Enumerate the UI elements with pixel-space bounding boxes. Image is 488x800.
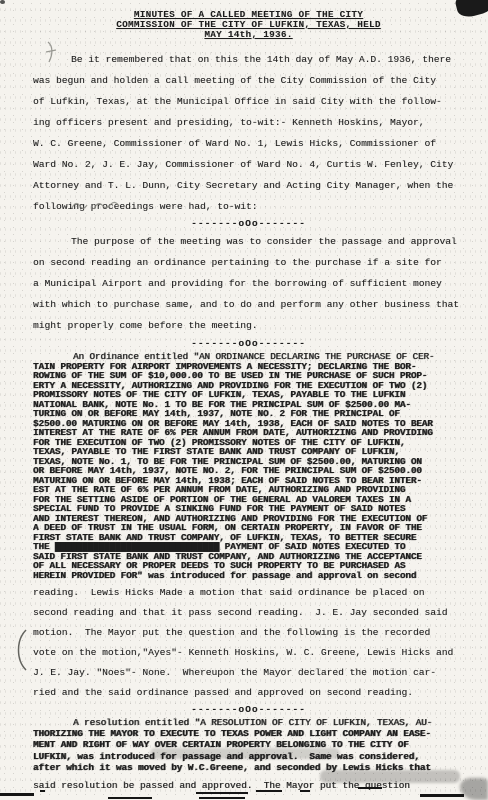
text-line: Be it remembered that on this the 14th d… — [33, 49, 464, 70]
text-line: TEXAS, NOTE No. 1, TO BE FOR THE PRINCIP… — [33, 457, 464, 467]
scan-artifact-line — [108, 797, 152, 799]
text-line: ROWING OF THE SUM OF $10,000.00 TO BE US… — [33, 371, 464, 381]
text-line: might properly come before the meeting. — [33, 315, 464, 336]
pencil-mark-icon — [44, 40, 64, 64]
text-line: An Ordinance entitled "AN ORDINANCE DECL… — [33, 352, 464, 362]
scan-corner-smudge — [460, 778, 488, 800]
ink-dot-icon — [0, 0, 5, 4]
text-line: THORIZING THE MAYOR TO EXECUTE TO TEXAS … — [33, 728, 464, 739]
text-line: second reading and that it pass second r… — [33, 603, 464, 623]
text-line: on second reading an ordinance pertainin… — [33, 252, 464, 273]
text-line: SPECIAL FUND TO PROVIDE A SINKING FUND F… — [33, 504, 464, 514]
text-line: INTEREST AT THE RATE OF 6% PER ANNUM FRO… — [33, 428, 464, 438]
text-line: TAIN PROPERTY FOR AIRPORT IMPROVEMENTS A… — [33, 362, 464, 372]
scan-artifact-line — [199, 797, 245, 799]
text-line: AND INTEREST THEREON, AND AUTHORIZING AN… — [33, 514, 464, 524]
text-line: $2500.00 MATURING ON OR BEFORE MAY 14th,… — [33, 419, 464, 429]
text-line: TURING ON OR BEFORE MAY 14th, 1937, NOTE… — [33, 409, 464, 419]
text-line: Attorney and T. L. Dunn, City Secretary … — [33, 175, 464, 196]
ink-smudge — [320, 770, 460, 783]
pencil-scribble-icon — [70, 198, 122, 214]
separator-ooo-1: -------oOo------- — [33, 218, 464, 230]
text-line: J. E. Jay. "Noes"- None. Whereupon the M… — [33, 663, 464, 683]
scanned-minutes-page: MINUTES OF A CALLED MEETING OF THE CITYC… — [0, 0, 488, 800]
text-line: HEREIN PROVIDED FOR" was introduced for … — [33, 571, 464, 581]
paragraph-purpose: The purpose of the meeting was to consid… — [33, 231, 464, 336]
text-line: OF ALL NECESSARY OR PROPER DEEDS TO SUCH… — [33, 561, 464, 571]
scan-artifact-line — [358, 787, 382, 789]
text-line: NATIONAL BANK, NOTE No. 1 TO BE FOR THE … — [33, 400, 464, 410]
text-line: A resolution entitled "A RESOLUTION OF C… — [33, 717, 464, 728]
scan-artifact-line — [0, 793, 34, 796]
document-title: MINUTES OF A CALLED MEETING OF THE CITYC… — [33, 7, 464, 40]
paragraph-ordinance-caption: An Ordinance entitled "AN ORDINANCE DECL… — [33, 352, 464, 580]
text-line: ERTY A NECESSITY, AUTHORIZING AND PROVID… — [33, 381, 464, 391]
text-line: A DEED OF TRUST IN THE USUAL FORM, ON CE… — [33, 523, 464, 533]
separator-ooo-3: -------oOo------- — [33, 704, 464, 715]
text-line: EST AT THE RATE OF 6% PER ANNUM FROM DAT… — [33, 485, 464, 495]
scan-artifact-line — [420, 794, 464, 797]
ink-smudge — [150, 748, 340, 759]
text-line: OR BEFORE MAY 14th, 1937, NOTE NO. 2, FO… — [33, 466, 464, 476]
scan-artifact-line — [196, 792, 248, 794]
text-line: FOR THE EXECUTION OF TWO (2) PROMISSORY … — [33, 438, 464, 448]
text-line: TEXAS, PAYABLE TO THE FIRST STATE BANK A… — [33, 447, 464, 457]
text-line: SAID FIRST STATE BANK AND TRUST COMPANY,… — [33, 552, 464, 562]
text-line: PROMISSORY NOTES OF THE CITY OF LUFKIN, … — [33, 390, 464, 400]
paragraph-motion-vote: reading. Lewis Hicks Made a motion that … — [33, 583, 464, 703]
text-line: W. C. Greene, Commissioner of Ward No. 1… — [33, 133, 464, 154]
text-line: Ward No. 2, J. E. Jay, Commissioner of W… — [33, 154, 464, 175]
text-line: ing officers present and presiding, to-w… — [33, 112, 464, 133]
scan-artifact-line — [40, 790, 45, 792]
paragraph-intro: Be it remembered that on this the 14th d… — [33, 49, 464, 217]
document-body: MINUTES OF A CALLED MEETING OF THE CITYC… — [0, 4, 488, 791]
text-line: The purpose of the meeting was to consid… — [33, 231, 464, 252]
text-line: a Municipal Airport and providing for th… — [33, 273, 464, 294]
text-line: COMMISSION OF THE CITY OF LUFKIN, TEXAS,… — [33, 20, 464, 30]
text-line: MINUTES OF A CALLED MEETING OF THE CITY — [33, 10, 464, 20]
text-line: FIRST STATE BANK AND TRUST COMPANY, OF L… — [33, 533, 464, 543]
text-line: THE ██████████████████████████████ PAYME… — [33, 542, 464, 552]
separator-ooo-2: -------oOo------- — [33, 338, 464, 350]
text-line: with which to purchase same, and to do a… — [33, 294, 464, 315]
text-line: ried and the said ordinance passed and a… — [33, 683, 464, 703]
scan-artifact-line — [300, 790, 310, 792]
scan-artifact-line — [256, 790, 282, 792]
text-line: motion. The Mayor put the question and t… — [33, 623, 464, 643]
text-line: was begun and holden a call meeting of t… — [33, 70, 464, 91]
text-line: MATURING ON OR BEFORE MAY 14th, 1938; EA… — [33, 476, 464, 486]
text-line: FOR THE SETTING ASIDE OF PORTION OF THE … — [33, 495, 464, 505]
paragraph-resolution: A resolution entitled "A RESOLUTION OF C… — [33, 717, 464, 773]
text-line: reading. Lewis Hicks Made a motion that … — [33, 583, 464, 603]
margin-bracket-icon — [14, 628, 30, 672]
text-line: of Lufkin, Texas, at the Municipal Offic… — [33, 91, 464, 112]
text-line: MAY 14th, 1936. — [33, 30, 464, 40]
text-line: vote on the motion,"Ayes"- Kenneth Hoski… — [33, 643, 464, 663]
